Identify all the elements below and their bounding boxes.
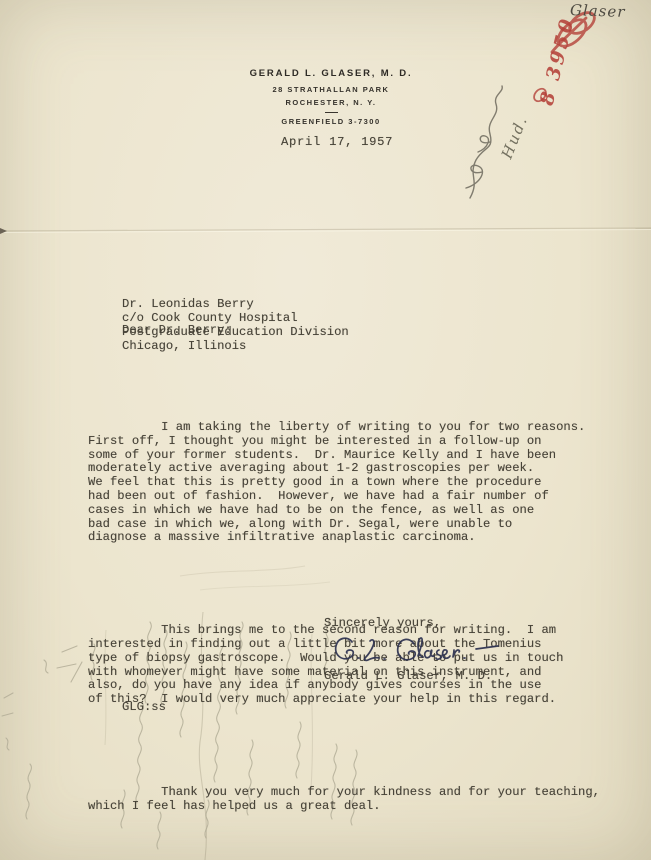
handwritten-signature <box>330 632 510 670</box>
letterhead-street: 28 STRATHALLAN PARK <box>231 85 431 94</box>
date-line: April 17, 1957 <box>281 136 393 150</box>
letter-body: I am taking the liberty of writing to yo… <box>88 352 588 851</box>
body-line: which I feel has helped us a great deal. <box>88 800 588 814</box>
body-line: diagnose a massive infiltrative anaplast… <box>88 531 588 545</box>
letterhead-phone: GREENFIELD 3-7300 <box>231 117 431 126</box>
body-line: We feel that this is pretty good in a to… <box>88 476 588 490</box>
pencil-annotation-name: Glaser <box>570 1 626 21</box>
body-line: First off, I thought you might be intere… <box>88 435 588 449</box>
closing-line: Sincerely yours, <box>324 617 441 631</box>
body-line: bad case in which we, along with Dr. Seg… <box>88 518 588 532</box>
recipient-address: Dr. Leonidas Berryc/o Cook County Hospit… <box>122 256 349 353</box>
pencil-annotation-hud: Hud. <box>498 113 532 162</box>
pencil-scrawl <box>466 86 502 198</box>
reference-initials: GLG:ss <box>122 701 166 715</box>
letterhead-divider <box>325 112 338 113</box>
scanned-letter-page: GERALD L. GLASER, M. D. 28 STRATHALLAN P… <box>0 0 651 860</box>
body-line: I am taking the liberty of writing to yo… <box>88 421 588 435</box>
red-catalog-number: 8 3950 <box>536 14 579 107</box>
fold-crease-horizontal <box>0 228 651 231</box>
paragraph-1: I am taking the liberty of writing to yo… <box>88 380 588 546</box>
paragraph-3: Thank you very much for your kindness an… <box>88 745 588 814</box>
letterhead: GERALD L. GLASER, M. D. 28 STRATHALLAN P… <box>231 68 431 130</box>
body-line: some of your former students. Dr. Mauric… <box>88 449 588 463</box>
salutation: Dear Dr. Berry: <box>122 324 232 338</box>
body-line: moderately active averaging about 1-2 ga… <box>88 462 588 476</box>
typed-signature-name: Gerald L. Glaser, M. D. <box>324 670 492 684</box>
letterhead-name: GERALD L. GLASER, M. D. <box>231 68 431 79</box>
body-line: cases in which we have had to be on the … <box>88 504 588 518</box>
edge-speck <box>0 228 7 234</box>
letterhead-city: ROCHESTER, N. Y. <box>231 98 431 107</box>
body-line: Thank you very much for your kindness an… <box>88 786 588 800</box>
body-line: had been out of fashion. However, we hav… <box>88 490 588 504</box>
recipient-address-line: Dr. Leonidas Berry <box>122 297 349 311</box>
